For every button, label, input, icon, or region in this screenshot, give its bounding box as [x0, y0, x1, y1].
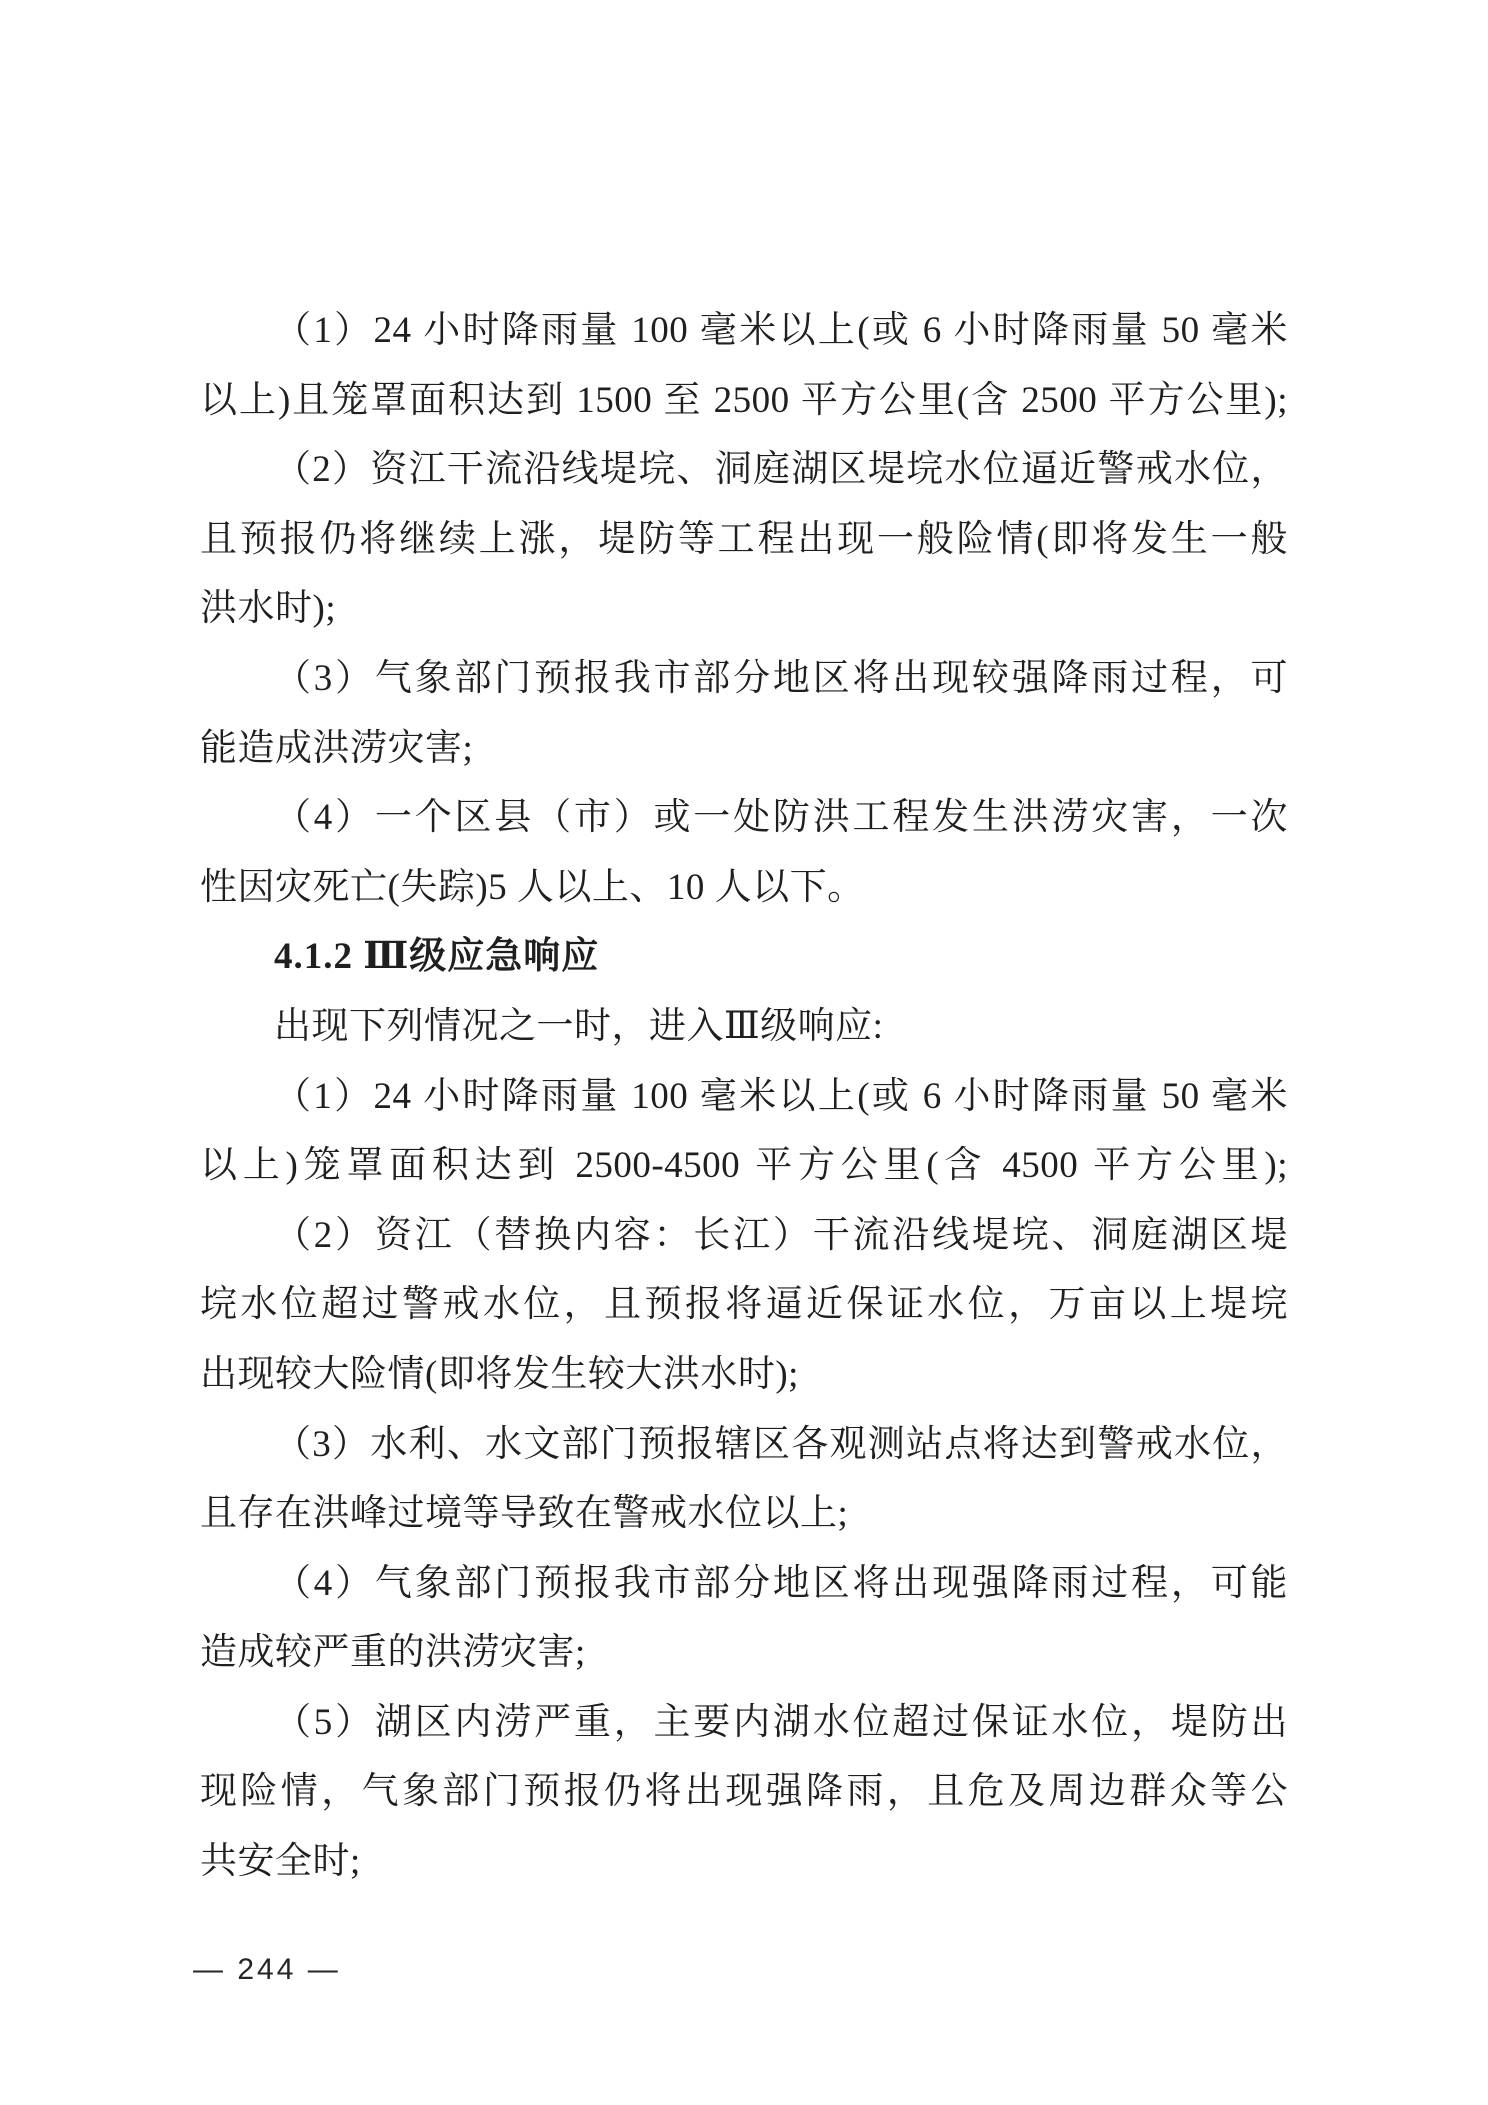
text-line: 能造成洪涝灾害; — [200, 714, 1288, 784]
text-line: 且预报仍将继续上涨，堤防等工程出现一般险情(即将发生一般 — [200, 505, 1288, 575]
text-line: 垸水位超过警戒水位，且预报将逼近保证水位，万亩以上堤垸 — [200, 1270, 1288, 1340]
text-line: （4）气象部门预报我市部分地区将出现强降雨过程，可能 — [200, 1549, 1288, 1619]
text-line: （3）水利、水文部门预报辖区各观测站点将达到警戒水位， — [200, 1410, 1288, 1480]
text-line: （1）24 小时降雨量 100 毫米以上(或 6 小时降雨量 50 毫米 — [200, 1062, 1288, 1132]
text-line: 共安全时; — [200, 1827, 1288, 1897]
text-line: （1）24 小时降雨量 100 毫米以上(或 6 小时降雨量 50 毫米 — [200, 296, 1288, 366]
text-line: （4）一个区县（市）或一处防洪工程发生洪涝灾害，一次 — [200, 783, 1288, 853]
page-number: — 244 — — [193, 1950, 341, 1990]
text-line: 出现较大险情(即将发生较大洪水时); — [200, 1340, 1288, 1410]
text-line: （5）湖区内涝严重，主要内湖水位超过保证水位，堤防出 — [200, 1688, 1288, 1758]
text-line: 且存在洪峰过境等导致在警戒水位以上; — [200, 1479, 1288, 1549]
text-line: 以上)笼罩面积达到 2500-4500 平方公里(含 4500 平方公里); — [200, 1131, 1288, 1201]
text-line: 现险情，气象部门预报仍将出现强降雨，且危及周边群众等公 — [200, 1757, 1288, 1827]
text-block: （1）24 小时降雨量 100 毫米以上(或 6 小时降雨量 50 毫米以上)且… — [200, 296, 1288, 1897]
text-line: （2）资江（替换内容：长江）干流沿线堤垸、洞庭湖区堤 — [200, 1201, 1288, 1271]
text-line: 造成较严重的洪涝灾害; — [200, 1618, 1288, 1688]
text-line: 洪水时); — [200, 574, 1288, 644]
text-line: 出现下列情况之一时，进入Ⅲ级响应: — [200, 992, 1288, 1062]
document-page: （1）24 小时降雨量 100 毫米以上(或 6 小时降雨量 50 毫米以上)且… — [0, 0, 1488, 2105]
text-line: （2）资江干流沿线堤垸、洞庭湖区堤垸水位逼近警戒水位， — [200, 435, 1288, 505]
text-line: 性因灾死亡(失踪)5 人以上、10 人以下。 — [200, 853, 1288, 923]
text-line: （3）气象部门预报我市部分地区将出现较强降雨过程，可 — [200, 644, 1288, 714]
section-heading: 4.1.2 Ⅲ级应急响应 — [200, 922, 1288, 992]
text-line: 以上)且笼罩面积达到 1500 至 2500 平方公里(含 2500 平方公里)… — [200, 366, 1288, 436]
